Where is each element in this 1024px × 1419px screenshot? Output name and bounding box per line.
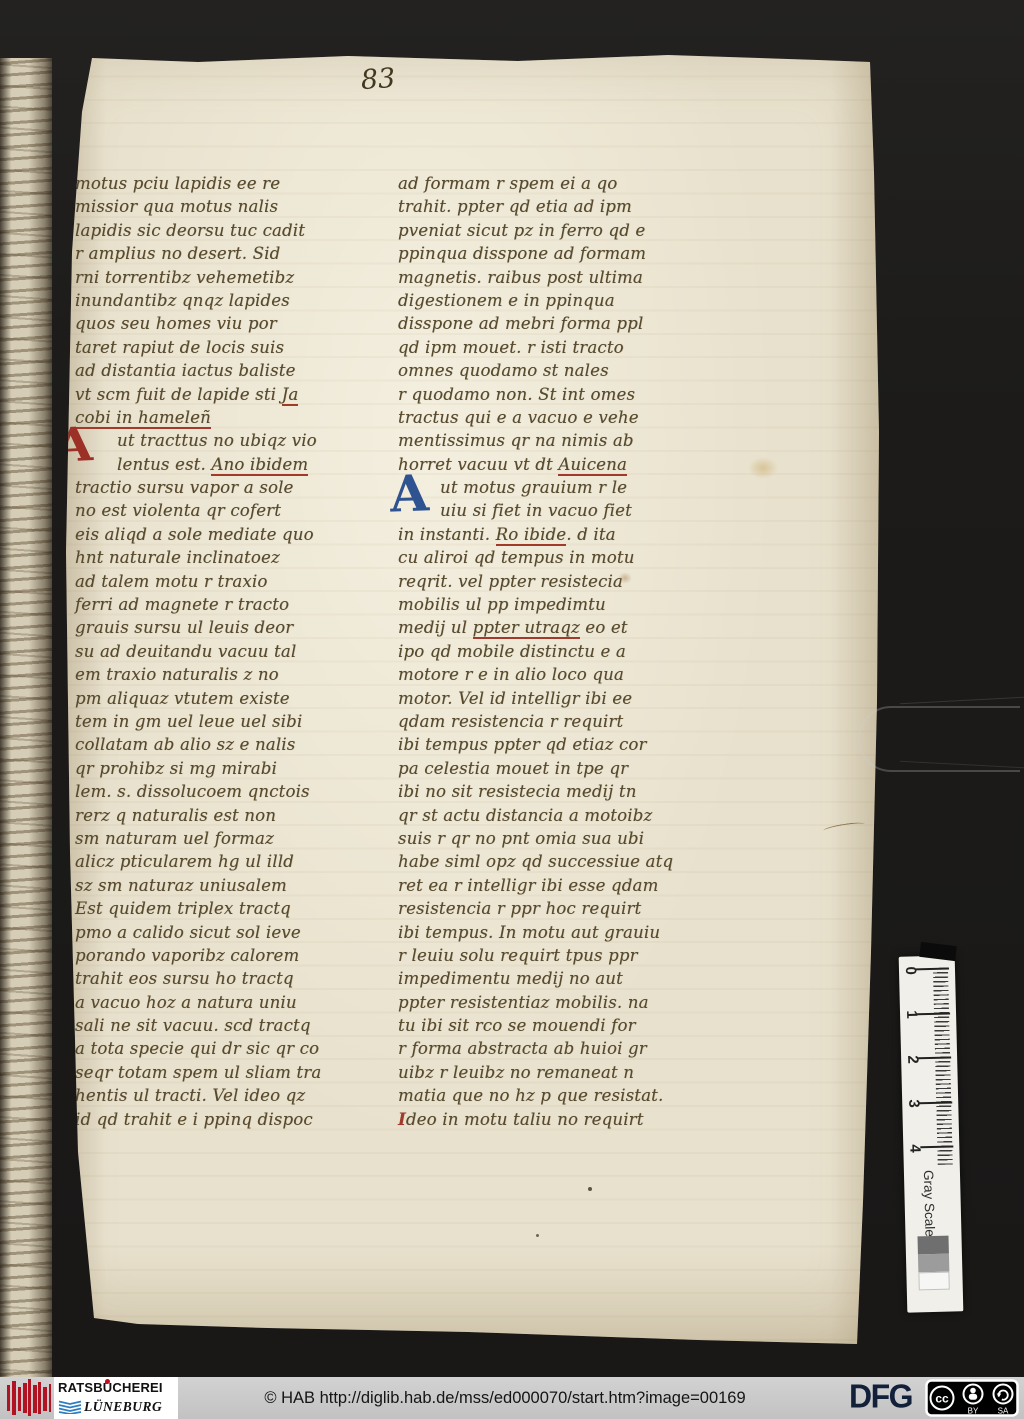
grayscale-ruler: Gray Scale 01234 [899,955,964,1312]
manuscript-text: taret rapiut de locis suis [75,338,284,357]
manuscript-text: impedimentu medij no aut [398,969,623,988]
manuscript-line: ibi tempus ppter qd etiaz cor [398,733,738,756]
manuscript-line: Ideo in motu taliu no requirt [398,1108,738,1131]
manuscript-text: motor. Vel id intelligr ibi ee [398,689,632,708]
manuscript-text: trahit eos sursu ho tractq [75,969,294,988]
text-column-right: ad formam r spem ei a qotrahit. ppter qd… [398,172,738,1131]
manuscript-text: ipo qd mobile distinctu e a [398,642,626,661]
manuscript-line: cu aliroi qd tempus in motu [398,546,738,569]
manuscript-text: no est violenta qr cofert [75,501,281,520]
manuscript-text: mobilis ul pp impedimtu [398,595,606,614]
manuscript-line: rni torrentibz vehemetibz [75,266,397,289]
manuscript-line: in instanti. Ro ibide. d ita [398,523,738,546]
manuscript-line: a tota specie qui dr sic qr co [75,1037,397,1060]
manuscript-text: eo et [580,618,628,637]
manuscript-text: motore r e in alio loco qua [398,665,624,684]
manuscript-line: collatam ab alio sz e nalis [75,733,397,756]
manuscript-text: alicz pticularem hg ul illd [75,852,294,871]
manuscript-text: ret ea r intelligr ibi esse qdam [398,876,658,895]
manuscript-line: eis aliqd a sole mediate quo [75,523,397,546]
manuscript-line: hnt naturale inclinatoez [75,546,397,569]
library-name: RATSBÜCHEREI [58,1380,163,1395]
manuscript-text: pveniat sicut pz in ferro qd e [398,221,645,240]
manuscript-line: tractio sursu vapor a sole [75,476,397,499]
scan-photo-background: 83 motus pciu lapidis ee remissior qua m… [0,0,1024,1377]
manuscript-text: qr prohibz si mg mirabi [75,759,277,778]
manuscript-text: resistencia r ppr hoc requirt [398,899,641,918]
manuscript-line: disspone ad mebri forma ppl [398,312,738,335]
manuscript-text: pm aliquaz vtutem existe [75,689,290,708]
svg-text:BY: BY [968,1407,979,1416]
manuscript-line: sali ne sit vacuu. scd tractq [75,1014,397,1037]
manuscript-text: medij ul [398,618,473,637]
rubricated-underline: Ano ibidem [211,455,308,476]
manuscript-text: hentis ul tracti. Vel ideo qz [75,1086,305,1105]
page-number: 83 [347,62,409,97]
manuscript-line: tu ibi sit rco se mouendi for [398,1014,738,1037]
manuscript-line: sm naturam uel formaz [75,827,397,850]
manuscript-line: r forma abstracta ab huioi gr [398,1037,738,1060]
manuscript-text: r quodamo non. St int omes [398,385,635,404]
manuscript-line: grauis sursu ul leuis deor [75,616,397,639]
ruler-millimeter-ticks [933,968,953,1165]
library-logo: RATSBÜCHEREI LÜNEBURG [54,1377,178,1419]
cc-license-badge: cc BY SA [925,1379,1019,1417]
manuscript-line: inundantibz qnqz lapides [75,289,397,312]
manuscript-line: ppter resistentiaz mobilis. na [398,991,738,1014]
manuscript-text: a vacuo hoz a natura uniu [75,993,297,1012]
rubricated-underline: Ro ibide [496,525,567,546]
dfg-logo: DFG [849,1377,912,1416]
rubricated-underline: Ja [282,385,299,406]
manuscript-line: digestionem e in ppinqua [398,289,738,312]
attribution-text: © HAB http://diglib.hab.de/mss/ed000070/… [185,1377,825,1419]
manuscript-text: r leuiu solu requirt tpus ppr [398,946,638,965]
manuscript-line: reqrit. vel ppter resistecia [398,570,738,593]
manuscript-line: pm aliquaz vtutem existe [75,687,397,710]
manuscript-text: mentissimus qr na nimis ab [398,431,634,450]
manuscript-line: medij ul ppter utraqz eo et [398,616,738,639]
manuscript-text: eis aliqd a sole mediate quo [75,525,314,544]
manuscript-text: ppinqua disspone ad formam [398,244,646,263]
manuscript-line: ut motus grauium r le [398,476,738,499]
manuscript-text: in instanti. [398,525,496,544]
manuscript-text: matia que no hz p que resistat. [398,1086,663,1105]
manuscript-text: ibi tempus ppter qd etiaz cor [398,735,647,754]
manuscript-line: tractus qui e a vacuo e vehe [398,406,738,429]
manuscript-line: vt scm fuit de lapide sti Ja [75,383,397,406]
manuscript-text: vt scm fuit de lapide sti [75,385,282,404]
manuscript-line: pveniat sicut pz in ferro qd e [398,219,738,242]
manuscript-text: inundantibz qnqz lapides [75,291,290,310]
manuscript-line: no est violenta qr cofert [75,499,397,522]
manuscript-text: magnetis. raibus post ultima [398,268,643,287]
digitized-manuscript-view: 83 motus pciu lapidis ee remissior qua m… [0,0,1024,1419]
gray-patch-medium [918,1254,949,1273]
manuscript-text: rerz q naturalis est non [75,806,276,825]
manuscript-text: grauis sursu ul leuis deor [75,618,293,637]
manuscript-line: alicz pticularem hg ul illd [75,850,397,873]
manuscript-text: rni torrentibz vehemetibz [75,268,294,287]
manuscript-line: ad talem motu r traxio [75,570,397,593]
manuscript-line: mobilis ul pp impedimtu [398,593,738,616]
manuscript-text: quos seu homes viu por [75,314,277,333]
manuscript-text: ut motus grauium r le [440,478,627,497]
manuscript-line: cobi in hameleñ [75,406,397,429]
manuscript-line: uiu si fiet in vacuo fiet [398,499,738,522]
manuscript-line: Est quidem triplex tractq [75,897,397,920]
manuscript-text: seqr totam spem ul sliam tra [75,1063,321,1082]
manuscript-line: lapidis sic deorsu tuc cadit [75,219,397,242]
manuscript-text: qdam resistencia r requirt [398,712,623,731]
manuscript-line: motus pciu lapidis ee re [75,172,397,195]
manuscript-text: suis r qr no pnt omia sua ubi [398,829,644,848]
facing-page-edge [0,58,52,1377]
manuscript-text: tractio sursu vapor a sole [75,478,294,497]
ruler-number: 4 [905,1139,923,1157]
manuscript-line: magnetis. raibus post ultima [398,266,738,289]
manuscript-text: Est quidem triplex tractq [75,899,291,918]
library-city: LÜNEBURG [84,1399,162,1415]
manuscript-line: qr prohibz si mg mirabi [75,757,397,780]
manuscript-text: trahit. ppter qd etia ad ipm [398,197,632,216]
manuscript-line: hentis ul tracti. Vel ideo qz [75,1084,397,1107]
manuscript-line: ad distantia iactus baliste [75,359,397,382]
manuscript-line: qd ipm mouet. r isti tracto [398,336,738,359]
manuscript-line: r quodamo non. St int omes [398,383,738,406]
manuscript-text: habe siml opz qd successiue atq [398,852,673,871]
manuscript-line: ferri ad magnete r tracto [75,593,397,616]
manuscript-text: ferri ad magnete r tracto [75,595,289,614]
manuscript-line: quos seu homes viu por [75,312,397,335]
ruler-label: Gray Scale [921,1170,938,1237]
speck [536,1234,539,1237]
manuscript-text: qd ipm mouet. r isti tracto [398,338,624,357]
manuscript-text: su ad deuitandu vacuu tal [75,642,296,661]
manuscript-text: hnt naturale inclinatoez [75,548,280,567]
manuscript-text: sali ne sit vacuu. scd tractq [75,1016,311,1035]
manuscript-text: ad distantia iactus baliste [75,361,296,380]
manuscript-text: pa celestia mouet in tpe qr [398,759,628,778]
manuscript-text: collatam ab alio sz e nalis [75,735,295,754]
manuscript-line: ret ea r intelligr ibi esse qdam [398,874,738,897]
manuscript-line: horret vacuu vt dt Auicena [398,453,738,476]
manuscript-text: . d ita [566,525,615,544]
manuscript-line: tem in gm uel leue uel sibi [75,710,397,733]
manuscript-line: rerz q naturalis est non [75,804,397,827]
manuscript-line: seqr totam spem ul sliam tra [75,1061,397,1084]
manuscript-line: taret rapiut de locis suis [75,336,397,359]
manuscript-text: omnes quodamo st nales [398,361,609,380]
manuscript-line: em traxio naturalis z no [75,663,397,686]
manuscript-text: digestionem e in ppinqua [398,291,615,310]
manuscript-text: ad formam r spem ei a qo [398,174,617,193]
manuscript-text: porando vaporibz calorem [75,946,299,965]
manuscript-text: lapidis sic deorsu tuc cadit [75,221,305,240]
manuscript-text: missior qua motus nalis [75,197,278,216]
manuscript-line: porando vaporibz calorem [75,944,397,967]
manuscript-text: uibz r leuibz no remaneat n [398,1063,634,1082]
red-lombard-initial: A [55,421,94,470]
manuscript-text: tu ibi sit rco se mouendi for [398,1016,636,1035]
ruler-number: 3 [904,1095,922,1113]
manuscript-line: a vacuo hoz a natura uniu [75,991,397,1014]
manuscript-line: r leuiu solu requirt tpus ppr [398,944,738,967]
stain [748,457,778,479]
manuscript-text: ibi tempus. In motu aut grauiu [398,923,660,942]
manuscript-line: pmo a calido sicut sol ieve [75,921,397,944]
manuscript-line: ut tracttus no ubiqz vio [75,429,397,452]
manuscript-line: trahit eos sursu ho tractq [75,967,397,990]
manuscript-text: cu aliroi qd tempus in motu [398,548,635,567]
umlaut-accent [105,1379,110,1384]
fiber-mark [823,821,866,834]
manuscript-text: tem in gm uel leue uel sibi [75,712,302,731]
manuscript-text: uiu si fiet in vacuo fiet [440,501,632,520]
manuscript-line: motor. Vel id intelligr ibi ee [398,687,738,710]
manuscript-line: sz sm naturaz uniusalem [75,874,397,897]
ruler-number: 1 [902,1006,920,1024]
library-bars-icon [5,1378,53,1418]
rubricated-underline: ppter utraqz [473,618,580,639]
manuscript-line: ppinqua disspone ad formam [398,242,738,265]
manuscript-line: ibi tempus. In motu aut grauiu [398,921,738,944]
manuscript-text: ibi no sit resistecia medij tn [398,782,637,801]
rubricated-underline: Auicena [558,455,627,476]
manuscript-text: r amplius no desert. Sid [75,244,280,263]
blue-lombard-initial: A [389,468,430,519]
manuscript-text: ppter resistentiaz mobilis. na [398,993,649,1012]
rubricated-text: I [398,1110,406,1129]
manuscript-line: ad formam r spem ei a qo [398,172,738,195]
manuscript-text: em traxio naturalis z no [75,665,279,684]
manuscript-text: lem. s. dissolucoem qnctois [75,782,310,801]
manuscript-text: pmo a calido sicut sol ieve [75,923,301,942]
manuscript-line: lem. s. dissolucoem qnctois [75,780,397,803]
manuscript-line: matia que no hz p que resistat. [398,1084,738,1107]
manuscript-page: 83 motus pciu lapidis ee remissior qua m… [48,52,880,1348]
text-column-left: motus pciu lapidis ee remissior qua motu… [75,172,397,1131]
manuscript-text: ut tracttus no ubiqz vio [117,431,317,450]
ruler-number: 0 [901,961,919,979]
manuscript-line: pa celestia mouet in tpe qr [398,757,738,780]
manuscript-line: missior qua motus nalis [75,195,397,218]
speck [588,1187,592,1191]
manuscript-line: su ad deuitandu vacuu tal [75,640,397,663]
manuscript-text: disspone ad mebri forma ppl [398,314,643,333]
manuscript-text: a tota specie qui dr sic qr co [75,1039,319,1058]
manuscript-line: resistencia r ppr hoc requirt [398,897,738,920]
manuscript-line: id qd trahit e i ppinq dispoc [75,1108,397,1131]
waves-icon [58,1400,82,1414]
manuscript-text: sz sm naturaz uniusalem [75,876,287,895]
manuscript-line: omnes quodamo st nales [398,359,738,382]
footer-bar: RATSBÜCHEREI LÜNEBURG © HAB http://digli… [0,1377,1024,1419]
manuscript-line: r amplius no desert. Sid [75,242,397,265]
ruler-number: 2 [903,1050,921,1068]
rubricated-underline: cobi in hameleñ [75,408,211,429]
manuscript-text: lentus est. [117,455,211,474]
manuscript-line: qr st actu distancia a motoibz [398,804,738,827]
manuscript-text: tractus qui e a vacuo e vehe [398,408,639,427]
gray-patch-white [918,1272,949,1291]
manuscript-text: qr st actu distancia a motoibz [398,806,652,825]
svg-text:SA: SA [998,1407,1009,1416]
clip-arm [900,697,1024,704]
manuscript-line: suis r qr no pnt omia sua ubi [398,827,738,850]
gray-patch-dark [917,1236,948,1255]
manuscript-text: id qd trahit e i ppinq dispoc [75,1110,313,1129]
manuscript-line: ipo qd mobile distinctu e a [398,640,738,663]
manuscript-line: lentus est. Ano ibidem [75,453,397,476]
svg-text:cc: cc [935,1392,949,1406]
manuscript-line: mentissimus qr na nimis ab [398,429,738,452]
manuscript-text: motus pciu lapidis ee re [75,174,280,193]
manuscript-line: impedimentu medij no aut [398,967,738,990]
manuscript-text: ad talem motu r traxio [75,572,268,591]
manuscript-line: qdam resistencia r requirt [398,710,738,733]
manuscript-text: sm naturam uel formaz [75,829,274,848]
manuscript-text: reqrit. vel ppter resistecia [398,572,623,591]
manuscript-line: trahit. ppter qd etia ad ipm [398,195,738,218]
manuscript-line: ibi no sit resistecia medij tn [398,780,738,803]
manuscript-text: deo in motu taliu no requirt [406,1110,644,1129]
manuscript-line: habe siml opz qd successiue atq [398,850,738,873]
manuscript-text: r forma abstracta ab huioi gr [398,1039,647,1058]
manuscript-line: motore r e in alio loco qua [398,663,738,686]
manuscript-line: uibz r leuibz no remaneat n [398,1061,738,1084]
